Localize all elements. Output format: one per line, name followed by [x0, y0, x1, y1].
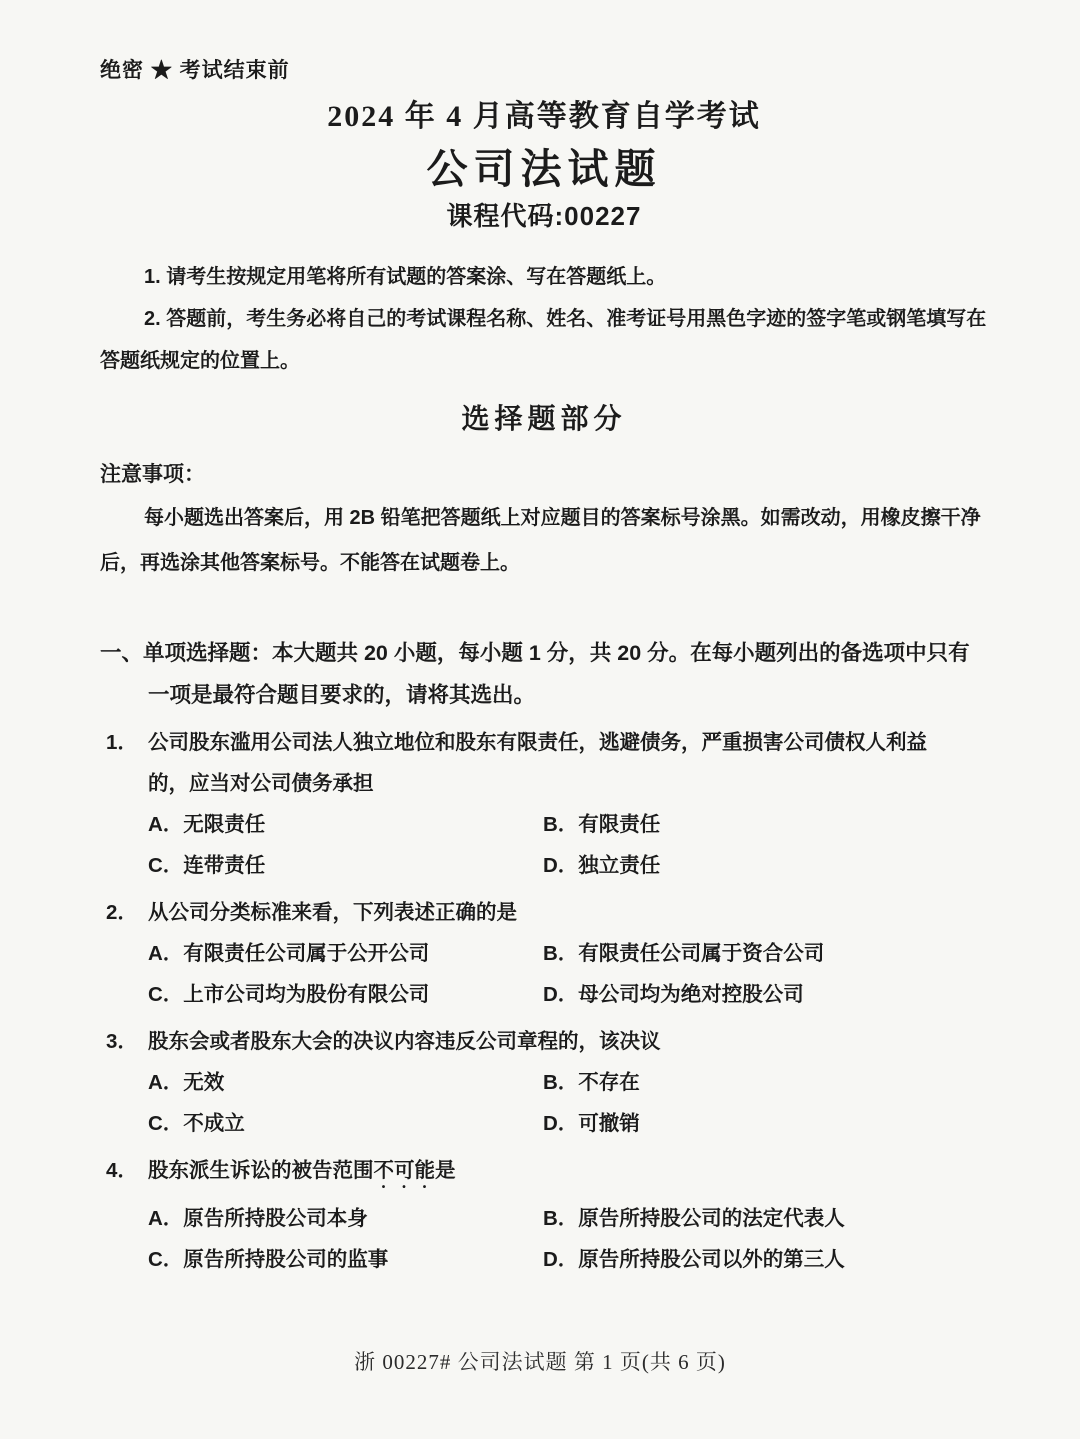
- notes-body: 每小题选出答案后，用 2B 铅笔把答题纸上对应题目的答案标号涂黑。如需改动，用橡…: [100, 496, 988, 586]
- question-2-option-a: A．有限责任公司属于公开公司: [148, 933, 543, 974]
- question-3: 3． 股东会或者股东大会的决议内容违反公司章程的，该决议 A．无效 B．不存在 …: [100, 1021, 988, 1144]
- question-1-option-c: C．连带责任: [148, 845, 543, 886]
- question-3-option-d: D．可撤销: [543, 1103, 988, 1144]
- question-2-option-b: B．有限责任公司属于资合公司: [543, 933, 988, 974]
- section-title: 选择题部分: [100, 398, 988, 440]
- exam-session-title: 2024 年 4 月高等教育自学考试: [100, 96, 988, 138]
- question-4-stem-suffix: 是: [435, 1159, 456, 1182]
- security-notice: 绝密 ★ 考试结束前: [100, 58, 988, 84]
- question-1-option-d: D．独立责任: [543, 845, 988, 886]
- question-4-options: A．原告所持股公司本身 B．原告所持股公司的法定代表人 C．原告所持股公司的监事…: [148, 1198, 988, 1280]
- notes-label: 注意事项：: [100, 460, 988, 490]
- question-4-stem: 股东派生诉讼的被告范围不可能是: [148, 1150, 938, 1193]
- question-2: 2． 从公司分类标准来看，下列表述正确的是 A．有限责任公司属于公开公司 B．有…: [100, 892, 988, 1015]
- exam-paper-page: 绝密 ★ 考试结束前 2024 年 4 月高等教育自学考试 公司法试题 课程代码…: [0, 0, 1080, 1439]
- question-4-option-c: C．原告所持股公司的监事: [148, 1239, 543, 1280]
- question-1-number: 1．: [106, 722, 138, 763]
- question-2-options: A．有限责任公司属于公开公司 B．有限责任公司属于资合公司 C．上市公司均为股份…: [148, 933, 988, 1015]
- question-1-options: A．无限责任 B．有限责任 C．连带责任 D．独立责任: [148, 804, 988, 886]
- course-code: 课程代码:00227: [100, 198, 988, 234]
- question-4: 4． 股东派生诉讼的被告范围不可能是 A．原告所持股公司本身 B．原告所持股公司…: [100, 1150, 988, 1280]
- question-3-option-a: A．无效: [148, 1062, 543, 1103]
- question-4-stem-emphasized: 不可能: [374, 1159, 436, 1182]
- question-1-option-a: A．无限责任: [148, 804, 543, 845]
- question-3-option-b: B．不存在: [543, 1062, 988, 1103]
- question-4-number: 4．: [106, 1150, 138, 1191]
- question-1-stem: 公司股东滥用公司法人独立地位和股东有限责任，逃避债务，严重损害公司债权人利益的，…: [148, 722, 938, 804]
- question-4-option-d: D．原告所持股公司以外的第三人: [543, 1239, 988, 1280]
- question-1: 1． 公司股东滥用公司法人独立地位和股东有限责任，逃避债务，严重损害公司债权人利…: [100, 722, 988, 886]
- question-2-number: 2．: [106, 892, 138, 933]
- part-heading-single-choice: 一、单项选择题：本大题共 20 小题，每小题 1 分，共 20 分。在每小题列出…: [100, 632, 988, 716]
- question-4-option-a: A．原告所持股公司本身: [148, 1198, 543, 1239]
- question-3-number: 3．: [106, 1021, 138, 1062]
- question-1-option-b: B．有限责任: [543, 804, 988, 845]
- question-3-options: A．无效 B．不存在 C．不成立 D．可撤销: [148, 1062, 988, 1144]
- question-2-option-c: C．上市公司均为股份有限公司: [148, 974, 543, 1015]
- question-4-stem-prefix: 股东派生诉讼的被告范围: [148, 1159, 374, 1182]
- question-4-option-b: B．原告所持股公司的法定代表人: [543, 1198, 988, 1239]
- subject-title: 公司法试题: [100, 142, 988, 196]
- question-2-stem: 从公司分类标准来看，下列表述正确的是: [148, 892, 938, 933]
- instruction-item-2: 2. 答题前，考生务必将自己的考试课程名称、姓名、准考证号用黑色字迹的签字笔或钢…: [100, 298, 988, 382]
- question-2-option-d: D．母公司均为绝对控股公司: [543, 974, 988, 1015]
- page-footer: 浙 00227# 公司法试题 第 1 页(共 6 页): [0, 1348, 1080, 1376]
- instruction-item-1: 1. 请考生按规定用笔将所有试题的答案涂、写在答题纸上。: [100, 256, 988, 298]
- question-3-stem: 股东会或者股东大会的决议内容违反公司章程的，该决议: [148, 1021, 938, 1062]
- question-3-option-c: C．不成立: [148, 1103, 543, 1144]
